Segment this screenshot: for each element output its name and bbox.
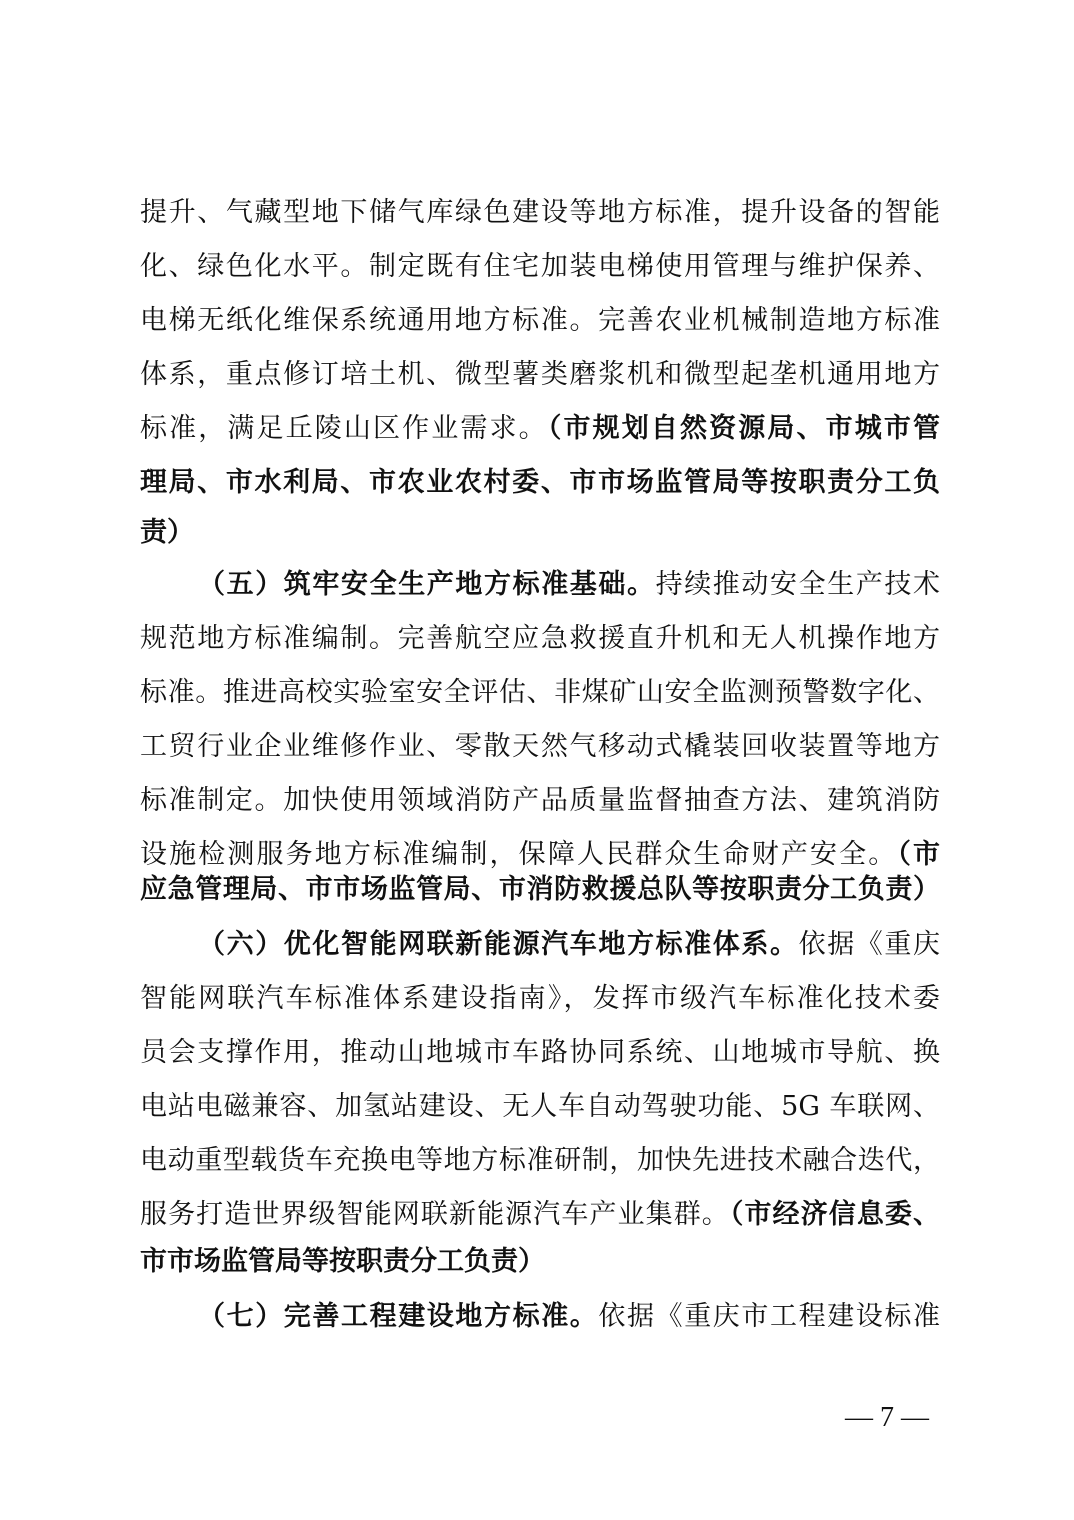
responsible-departments: （市经济信息委、 — [730, 1199, 940, 1230]
line-text: 持续推动安全生产技术 — [656, 569, 940, 600]
body-line: 理局、市水利局、市农业农村委、市市场监管局等按职责分工负 — [140, 463, 940, 503]
body-line: 体系，重点修订培土机、微型薯类磨浆机和微型起垄机通用地方 — [140, 355, 940, 395]
body-line: 员会支撑作用，推动山地城市车路协同系统、山地城市导航、换 — [140, 1033, 940, 1073]
responsible-departments: 理局、市水利局、市农业农村委、市市场监管局等按职责分工负 — [140, 467, 940, 498]
responsible-departments: 应急管理局、市市场监管局、市消防救援总队等按职责分工负责） — [140, 874, 940, 905]
section-heading-7: （七）完善工程建设地方标准。依据《重庆市工程建设标准 — [198, 1297, 940, 1337]
line-text: 设施检测服务地方标准编制，保障人民群众生命财产安全。 — [140, 839, 897, 870]
line-text: 依据《重庆市工程建设标准 — [598, 1301, 940, 1332]
body-line: 电动重型载货车充换电等地方标准研制，加快先进技术融合迭代， — [140, 1141, 940, 1181]
body-line: 化、绿色化水平。制定既有住宅加装电梯使用管理与维护保养、 — [140, 247, 940, 287]
line-text: 电站电磁兼容、加氢站建设、无人车自动驾驶功能、5G 车联网、 — [140, 1091, 940, 1122]
body-line: 提升、气藏型地下储气库绿色建设等地方标准，提升设备的智能 — [140, 193, 940, 233]
body-line: 标准制定。加快使用领域消防产品质量监督抽查方法、建筑消防 — [140, 781, 940, 821]
line-text: 智能网联汽车标准体系建设指南》，发挥市级汽车标准化技术委 — [140, 983, 940, 1014]
body-line: 市市场监管局等按职责分工负责） — [140, 1242, 940, 1282]
body-line: 应急管理局、市市场监管局、市消防救援总队等按职责分工负责） — [140, 870, 940, 910]
line-text: 规范地方标准编制。完善航空应急救援直升机和无人机操作地方 — [140, 623, 940, 654]
line-text: 工贸行业企业维修作业、零散天然气移动式橇装回收装置等地方 — [140, 731, 940, 762]
responsible-departments: 市市场监管局等按职责分工负责） — [140, 1246, 545, 1277]
body-line: 设施检测服务地方标准编制，保障人民群众生命财产安全。（市 — [140, 835, 940, 875]
page-number: — 7 — — [845, 1398, 929, 1438]
line-text: 电动重型载货车充换电等地方标准研制，加快先进技术融合迭代， — [140, 1145, 940, 1176]
body-line: 工贸行业企业维修作业、零散天然气移动式橇装回收装置等地方 — [140, 727, 940, 767]
responsible-departments: （市 — [897, 839, 940, 870]
line-text: 服务打造世界级智能网联新能源汽车产业集群。 — [140, 1199, 730, 1230]
line-text: 标准。推进高校实验室安全评估、非煤矿山安全监测预警数字化、 — [140, 677, 940, 708]
section-title: （五）筑牢安全生产地方标准基础。 — [198, 569, 656, 600]
line-text: 电梯无纸化维保系统通用地方标准。完善农业机械制造地方标准 — [140, 305, 940, 336]
body-line: 电站电磁兼容、加氢站建设、无人车自动驾驶功能、5G 车联网、 — [140, 1087, 940, 1127]
line-text: 员会支撑作用，推动山地城市车路协同系统、山地城市导航、换 — [140, 1037, 940, 1068]
body-line: 电梯无纸化维保系统通用地方标准。完善农业机械制造地方标准 — [140, 301, 940, 341]
line-text: 体系，重点修订培土机、微型薯类磨浆机和微型起垄机通用地方 — [140, 359, 940, 390]
responsible-departments: 责） — [140, 517, 194, 548]
line-text: 化、绿色化水平。制定既有住宅加装电梯使用管理与维护保养、 — [140, 251, 940, 282]
line-text: 标准制定。加快使用领域消防产品质量监督抽查方法、建筑消防 — [140, 785, 940, 816]
section-title: （七）完善工程建设地方标准。 — [198, 1301, 598, 1332]
body-line: 标准。推进高校实验室安全评估、非煤矿山安全监测预警数字化、 — [140, 673, 940, 713]
body-line: 标准，满足丘陵山区作业需求。（市规划自然资源局、市城市管 — [140, 409, 940, 449]
line-text: 标准，满足丘陵山区作业需求。 — [140, 413, 548, 444]
body-line: 服务打造世界级智能网联新能源汽车产业集群。（市经济信息委、 — [140, 1195, 940, 1235]
line-text: 提升、气藏型地下储气库绿色建设等地方标准，提升设备的智能 — [140, 197, 940, 228]
document-page: 提升、气藏型地下储气库绿色建设等地方标准，提升设备的智能 化、绿色化水平。制定既… — [0, 0, 1074, 1520]
section-heading-6: （六）优化智能网联新能源汽车地方标准体系。依据《重庆 — [198, 925, 940, 965]
body-line: 规范地方标准编制。完善航空应急救援直升机和无人机操作地方 — [140, 619, 940, 659]
line-text: 依据《重庆 — [799, 929, 940, 960]
section-title: （六）优化智能网联新能源汽车地方标准体系。 — [198, 929, 799, 960]
body-line: 智能网联汽车标准体系建设指南》，发挥市级汽车标准化技术委 — [140, 979, 940, 1019]
section-heading-5: （五）筑牢安全生产地方标准基础。持续推动安全生产技术 — [198, 565, 940, 605]
body-line: 责） — [140, 513, 940, 553]
responsible-departments: （市规划自然资源局、市城市管 — [548, 413, 940, 444]
